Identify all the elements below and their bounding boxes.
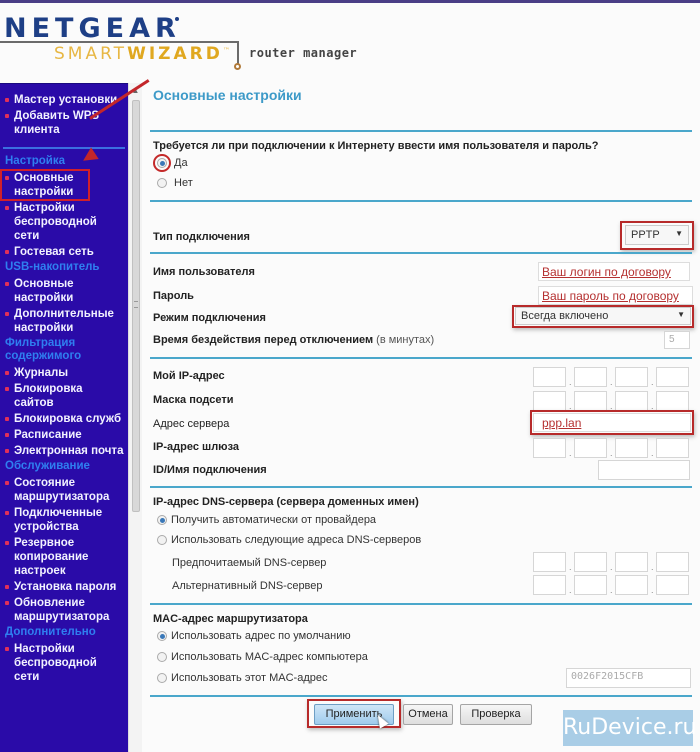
ip-octet[interactable]: [533, 552, 566, 572]
sidebar-item-block-services[interactable]: Блокировка служб: [0, 412, 128, 426]
sidebar-item-set-password[interactable]: Установка пароля: [0, 580, 128, 594]
idle-timeout-label: Время бездействия перед отключением (в м…: [153, 334, 434, 346]
sidebar-item-label: Мастер установки: [14, 94, 117, 106]
header: NETGEAR SMARTWIZARD™ router manager: [0, 3, 700, 83]
sidebar-item-label: Основные настройки: [14, 172, 74, 198]
mac-address-input[interactable]: 0026F2015CFB: [566, 668, 691, 688]
radio-mac-computer-label: Использовать MAC-адрес компьютера: [171, 651, 368, 663]
ip-dot: .: [651, 585, 654, 595]
sidebar-item-email[interactable]: Электронная почта: [0, 444, 128, 458]
radio-dns-auto-label: Получить автоматически от провайдера: [171, 514, 376, 526]
ip-octet[interactable]: [615, 438, 648, 458]
bullet-icon: [5, 541, 9, 545]
ip-octet[interactable]: [615, 575, 648, 595]
password-label: Пароль: [153, 290, 194, 302]
logo-dot-icon: [175, 17, 179, 21]
radio-mac-custom-label: Использовать этот MAC-адрес: [171, 672, 327, 684]
subnet-mask-label: Маска подсети: [153, 394, 234, 406]
ip-octet[interactable]: [533, 391, 566, 411]
login-question: Требуется ли при подключении к Интернету…: [153, 140, 598, 152]
sidebar-scrollbar[interactable]: ▲: [128, 83, 142, 752]
ip-dot: .: [610, 585, 613, 595]
sidebar-item-usb-basic[interactable]: Основные настройки: [0, 277, 128, 305]
router-manager-label: router manager: [249, 46, 357, 60]
sidebar-item-backup-settings[interactable]: Резервное копирование настроек: [0, 536, 128, 578]
bullet-icon: [5, 250, 9, 254]
ip-octet[interactable]: [656, 367, 689, 387]
sidebar-item-label: Гостевая сеть: [14, 246, 94, 258]
bullet-icon: [5, 282, 9, 286]
ip-octet[interactable]: [533, 575, 566, 595]
ip-octet[interactable]: [615, 391, 648, 411]
radio-dns-auto[interactable]: [157, 515, 167, 525]
ip-dot: .: [610, 562, 613, 572]
sidebar-item-usb-advanced[interactable]: Дополнительные настройки: [0, 307, 128, 335]
ip-octet[interactable]: [615, 552, 648, 572]
sidebar-item-label: Состояние маршрутизатора: [14, 477, 109, 503]
bullet-icon: [5, 176, 9, 180]
sidebar-item-basic-settings[interactable]: Основные настройки: [2, 171, 128, 199]
secondary-dns-label: Альтернативный DNS-сервер: [172, 580, 323, 592]
bullet-icon: [5, 387, 9, 391]
sidebar-divider: [3, 147, 125, 149]
ip-octet[interactable]: [533, 438, 566, 458]
bullet-icon: [5, 449, 9, 453]
ip-octet[interactable]: [656, 438, 689, 458]
main-content: Основные настройки Требуется ли при подк…: [145, 83, 700, 752]
section-divider: [150, 130, 692, 132]
my-ip-label: Мой IP-адрес: [153, 370, 225, 382]
bullet-icon: [5, 433, 9, 437]
ip-octet[interactable]: [574, 367, 607, 387]
dns-heading: IP-адрес DNS-сервера (сервера доменных и…: [153, 496, 419, 508]
sidebar-heading-advanced: Дополнительно: [0, 626, 128, 639]
logo-bracket: [0, 41, 238, 43]
ip-octet[interactable]: [615, 367, 648, 387]
username-label: Имя пользователя: [153, 266, 255, 278]
cancel-button[interactable]: Отмена: [403, 704, 453, 725]
radio-login-no[interactable]: [157, 178, 167, 188]
connection-type-label: Тип подключения: [153, 231, 250, 243]
sidebar-item-label: Обновление маршрутизатора: [14, 597, 109, 623]
sidebar-item-router-update[interactable]: Обновление маршрутизатора: [0, 596, 128, 624]
radio-dns-manual-label: Использовать следующие адреса DNS-сервер…: [171, 534, 421, 546]
sidebar-item-label: Настройки беспроводной сети: [14, 643, 97, 683]
netgear-logo: NETGEAR: [4, 13, 181, 44]
connection-mode-select[interactable]: Всегда включено▼: [515, 307, 691, 325]
sidebar-item-label: Резервное копирование настроек: [14, 537, 88, 577]
ip-dot: .: [651, 377, 654, 387]
idle-timeout-text: Время бездействия перед отключением: [153, 334, 373, 346]
ip-octet[interactable]: [574, 438, 607, 458]
sidebar-item-label: Дополнительные настройки: [14, 308, 114, 334]
sidebar-nav: Мастер установки Добавить WPS клиента На…: [0, 83, 128, 752]
gateway-ip-label: IP-адрес шлюза: [153, 441, 239, 453]
bullet-icon: [5, 98, 9, 102]
sidebar-item-label: Основные настройки: [14, 278, 74, 304]
sidebar-item-label: Добавить WPS клиента: [14, 110, 99, 136]
ip-octet[interactable]: [656, 391, 689, 411]
annotation-circle: [153, 154, 171, 172]
radio-mac-custom[interactable]: [157, 673, 167, 683]
server-address-input[interactable]: ppp.lan: [533, 413, 691, 432]
test-button[interactable]: Проверка: [460, 704, 532, 725]
sidebar-item-schedule[interactable]: Расписание: [0, 428, 128, 442]
bullet-icon: [5, 511, 9, 515]
bullet-icon: [5, 371, 9, 375]
radio-login-yes-label: Да: [174, 157, 188, 169]
ip-dot: .: [569, 448, 572, 458]
bullet-icon: [5, 585, 9, 589]
section-divider: [150, 603, 692, 605]
ip-octet[interactable]: [656, 575, 689, 595]
section-divider: [150, 357, 692, 359]
ip-octet[interactable]: [574, 391, 607, 411]
section-divider: [150, 486, 692, 488]
radio-login-no-label: Нет: [174, 177, 193, 189]
sidebar-item-label: Подключенные устройства: [14, 507, 102, 533]
dropdown-arrow-icon: ▼: [677, 310, 685, 319]
dropdown-arrow-icon: ▼: [675, 229, 683, 238]
connection-id-input[interactable]: [598, 460, 690, 480]
sidebar-item-label: Электронная почта: [14, 445, 123, 457]
connection-type-select[interactable]: PPTP▼: [625, 225, 689, 245]
server-address-label: Адрес сервера: [153, 418, 229, 430]
bullet-icon: [5, 417, 9, 421]
sidebar-item-logs[interactable]: Журналы: [0, 366, 128, 380]
sidebar-heading-setup: Настройка: [0, 155, 128, 168]
logo-ring-icon: [234, 63, 241, 70]
radio-mac-default-label: Использовать адрес по умолчанию: [171, 630, 351, 642]
logo-smart-text: SMART: [54, 44, 127, 64]
mac-heading: MAC-адрес маршрутизатора: [153, 613, 308, 625]
sidebar-heading-maintenance: Обслуживание: [0, 460, 128, 473]
connection-mode-value: Всегда включено: [521, 310, 608, 322]
sidebar-heading-content-filtering: Фильтрация содержимого: [0, 337, 128, 363]
page-title: Основные настройки: [153, 87, 302, 103]
ip-dot: .: [569, 585, 572, 595]
bullet-icon: [5, 481, 9, 485]
connection-type-value: PPTP: [631, 229, 660, 241]
sidebar-item-label: Блокировка сайтов: [14, 383, 83, 409]
watermark: RuDevice.ru: [563, 710, 693, 746]
ip-octet[interactable]: [533, 367, 566, 387]
radio-mac-computer[interactable]: [157, 652, 167, 662]
bullet-icon: [5, 312, 9, 316]
sidebar-item-router-status[interactable]: Состояние маршрутизатора: [0, 476, 128, 504]
sidebar-item-add-wps[interactable]: Добавить WPS клиента: [0, 109, 128, 137]
idle-timeout-input[interactable]: 5: [664, 331, 690, 349]
radio-mac-default[interactable]: [157, 631, 167, 641]
bullet-icon: [5, 601, 9, 605]
sidebar-heading-usb: USB-накопитель: [0, 261, 128, 274]
sidebar-item-wireless-settings[interactable]: Настройки беспроводной сети: [0, 201, 128, 243]
sidebar-item-label: Расписание: [14, 429, 82, 441]
connection-mode-label: Режим подключения: [153, 312, 266, 324]
scrollbar-thumb[interactable]: [132, 100, 140, 512]
section-divider: [150, 200, 692, 202]
sidebar-item-attached-devices[interactable]: Подключенные устройства: [0, 506, 128, 534]
idle-timeout-unit: (в минутах): [376, 334, 434, 346]
connection-id-label: ID/Имя подключения: [153, 464, 267, 476]
ip-dot: .: [569, 562, 572, 572]
section-divider: [150, 252, 692, 254]
section-divider: [150, 695, 692, 697]
ip-octet[interactable]: [656, 552, 689, 572]
username-input[interactable]: Ваш логин по договору: [538, 262, 690, 281]
sidebar-item-label: Журналы: [14, 367, 68, 379]
ip-dot: .: [610, 448, 613, 458]
radio-dns-manual[interactable]: [157, 535, 167, 545]
ip-dot: .: [569, 377, 572, 387]
ip-octet[interactable]: [574, 575, 607, 595]
ip-dot: .: [610, 377, 613, 387]
ip-dot: .: [651, 448, 654, 458]
sidebar-item-label: Блокировка служб: [14, 413, 121, 425]
sidebar-item-label: Настройки беспроводной сети: [14, 202, 97, 242]
sidebar-item-block-sites[interactable]: Блокировка сайтов: [0, 382, 128, 410]
bullet-icon: [5, 647, 9, 651]
password-input[interactable]: Ваш пароль по договору: [538, 286, 693, 305]
sidebar-item-advanced-wireless[interactable]: Настройки беспроводной сети: [0, 642, 128, 684]
ip-octet[interactable]: [574, 552, 607, 572]
bullet-icon: [5, 114, 9, 118]
logo-wizard-text: WIZARD: [127, 44, 223, 64]
ip-dot: .: [651, 562, 654, 572]
primary-dns-label: Предпочитаемый DNS-сервер: [172, 557, 326, 569]
sidebar-item-label: Установка пароля: [14, 581, 116, 593]
logo-tm: ™: [223, 46, 233, 54]
bullet-icon: [5, 206, 9, 210]
grip-icon: [134, 301, 138, 308]
logo-bracket-vertical: [237, 41, 239, 65]
smartwizard-logo: SMARTWIZARD™: [54, 44, 233, 64]
sidebar-item-guest-network[interactable]: Гостевая сеть: [0, 245, 128, 259]
